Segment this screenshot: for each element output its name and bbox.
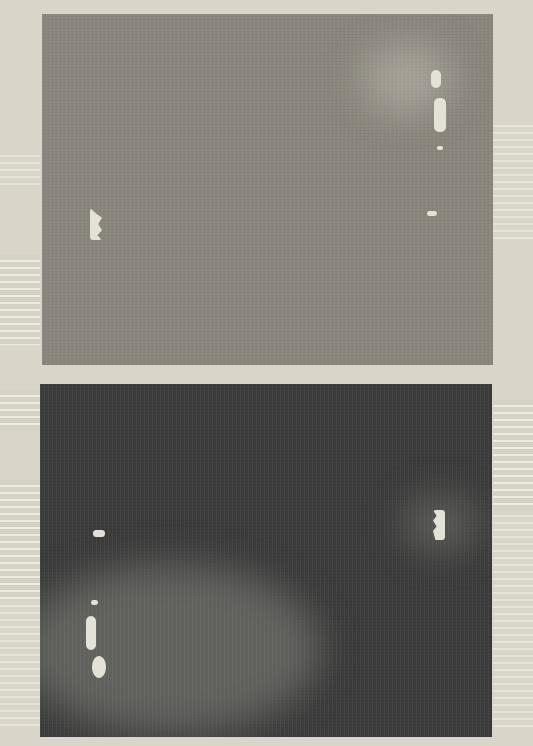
upper-mark-3 xyxy=(437,146,443,150)
upper-mark-2 xyxy=(434,98,446,132)
lower-mark-3 xyxy=(91,600,98,605)
lower-charcoal-panel xyxy=(40,384,492,737)
right-margin-stripes-top xyxy=(493,120,533,240)
right-margin-stripes-mid xyxy=(493,400,533,510)
left-margin-stripes-bottom xyxy=(0,480,40,600)
lower-mark-4 xyxy=(86,616,96,650)
lower-mark-2 xyxy=(93,530,105,537)
upper-mark-4 xyxy=(427,211,437,216)
upper-gray-panel xyxy=(42,14,493,365)
upper-mark-1 xyxy=(431,70,441,88)
left-margin-stripes-upper-lower xyxy=(0,390,40,430)
left-margin-stripes-mid xyxy=(0,255,40,345)
lower-mark-5 xyxy=(92,656,106,678)
left-margin-stripes-top xyxy=(0,150,40,190)
left-margin-stripes-base xyxy=(0,600,40,730)
right-margin-stripes-bottom xyxy=(493,510,533,730)
